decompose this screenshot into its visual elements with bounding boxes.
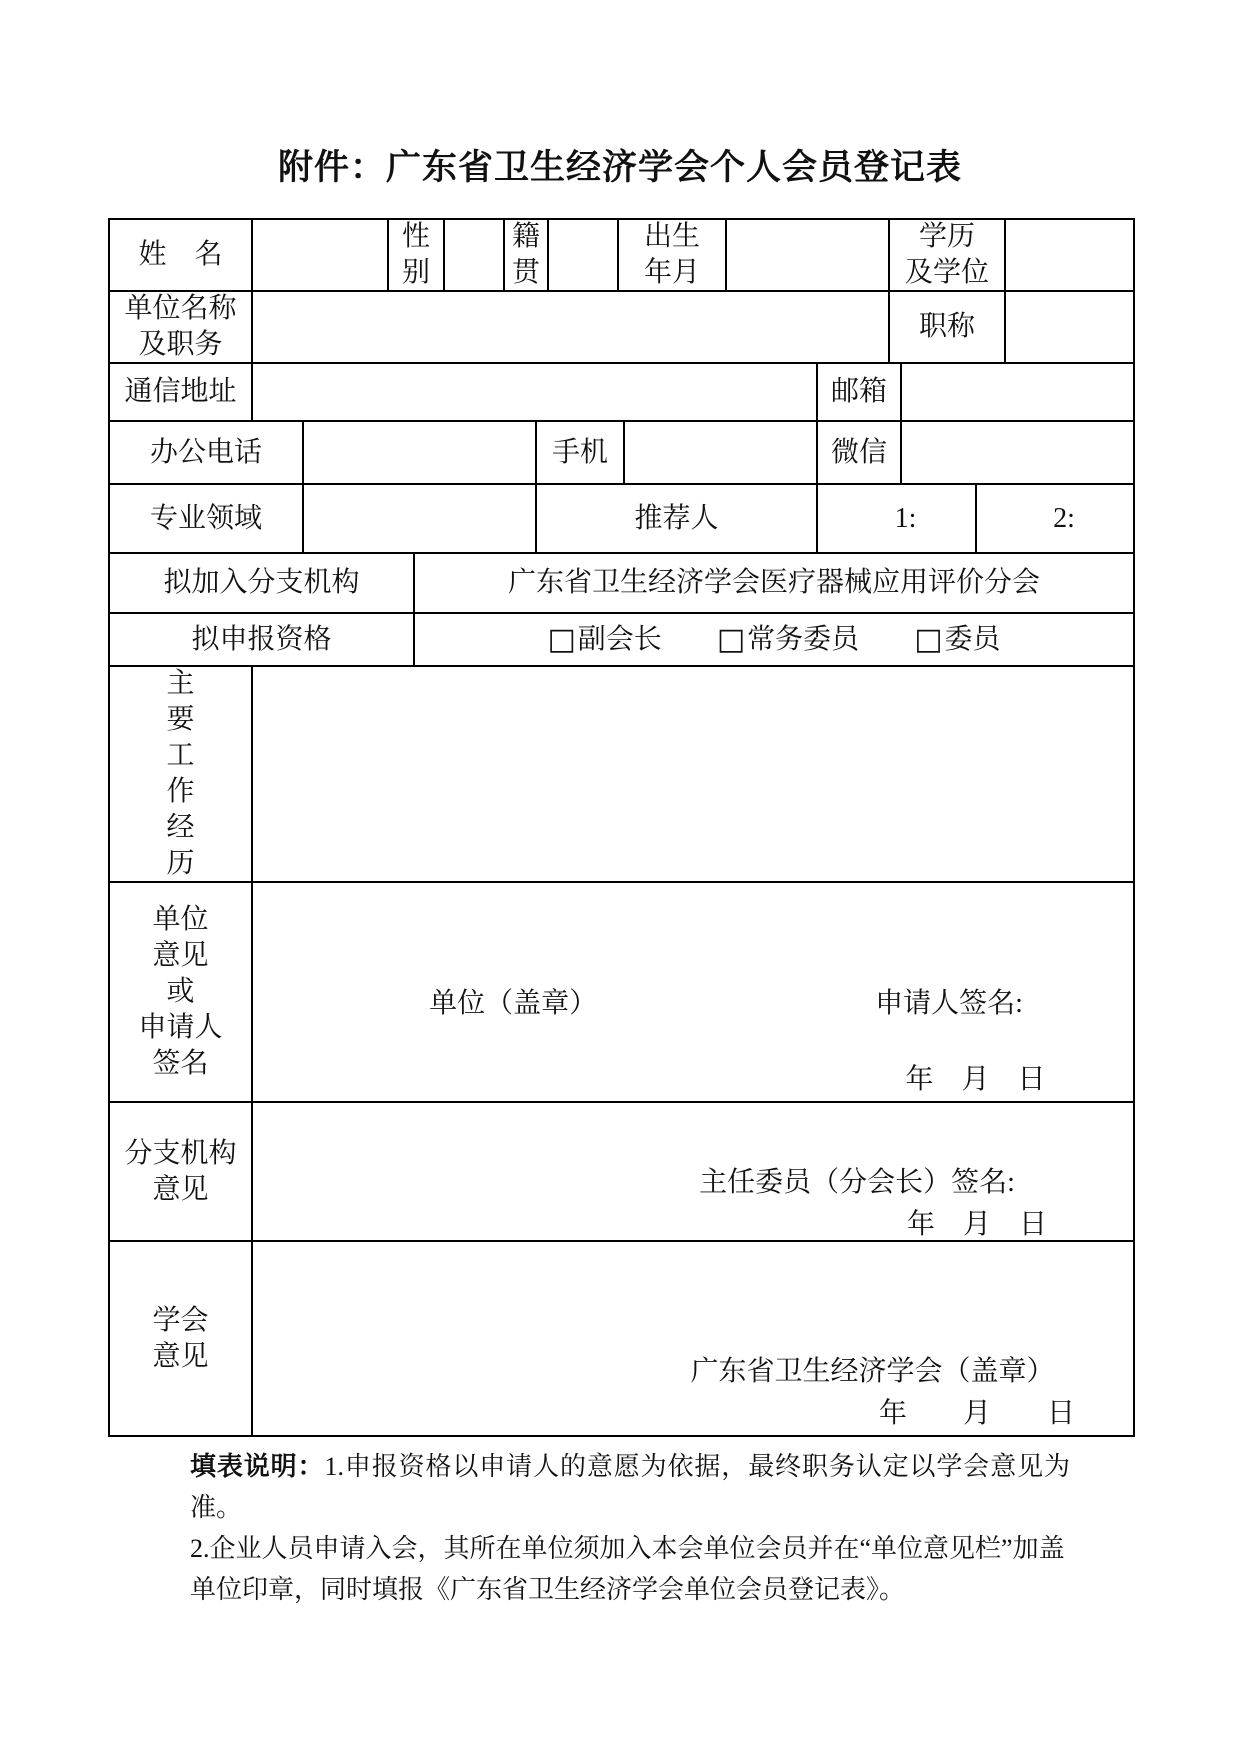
address-input-cell[interactable]: [253, 364, 818, 422]
row-address: 通信地址 邮箱: [110, 364, 1133, 422]
qualification-option-label: 副会长: [578, 622, 662, 658]
qualification-option-label: 常务委员: [747, 622, 859, 658]
qualification-option-label: 委员: [945, 622, 1001, 658]
native-place-label: 籍 贯: [505, 220, 549, 292]
checkbox-icon[interactable]: □: [914, 625, 942, 655]
checkbox-icon[interactable]: □: [547, 625, 575, 655]
unit-opinion-content[interactable]: 单位（盖章） 申请人签名: 年 月 日: [253, 883, 1133, 1103]
mobile-input-cell[interactable]: [625, 422, 818, 485]
birth-date-input-cell[interactable]: [727, 220, 890, 292]
branch-opinion-date: 年 月 日: [907, 1207, 1047, 1243]
branch-opinion-label: 分支机构 意见: [110, 1103, 253, 1242]
gender-input-cell[interactable]: [445, 220, 505, 292]
unit-name-input-cell[interactable]: [253, 292, 890, 364]
branch-value: 广东省卫生经济学会医疗器械应用评价分会: [415, 554, 1133, 614]
unit-opinion-date: 年 月 日: [905, 1062, 1045, 1098]
wechat-label: 微信: [818, 422, 902, 485]
qualification-option-vice-president[interactable]: □ 副会长: [547, 622, 661, 658]
document-page: 附件：广东省卫生经济学会个人会员登记表 姓 名 性 别 籍 贯 出生 年月 学历…: [0, 0, 1240, 1754]
work-history-label: 主 要 工 作 经 历: [110, 667, 253, 883]
society-opinion-content[interactable]: 广东省卫生经济学会（盖章） 年 月 日: [253, 1242, 1133, 1435]
wechat-input-cell[interactable]: [902, 422, 1133, 485]
row-basic-info: 姓 名 性 别 籍 贯 出生 年月 学历 及学位: [110, 220, 1133, 292]
professional-field-label: 专业领域: [110, 485, 304, 554]
unit-seal-line: 单位（盖章） 申请人签名:: [363, 986, 1023, 1022]
row-field-referrer: 专业领域 推荐人 1: 2:: [110, 485, 1133, 554]
job-title-label: 职称: [890, 292, 1006, 364]
unit-name-label: 单位名称 及职务: [110, 292, 253, 364]
chair-signature-text: 主任委员（分会长）签名:: [699, 1165, 1015, 1201]
note-2: 2.企业人员申请入会，其所在单位须加入本会单位会员并在“单位意见栏”加盖 单位印…: [190, 1528, 1070, 1610]
gender-label: 性 别: [389, 220, 445, 292]
checkbox-icon[interactable]: □: [717, 625, 745, 655]
name-input-cell[interactable]: [253, 220, 389, 292]
row-unit: 单位名称 及职务 职称: [110, 292, 1133, 364]
referrer-label: 推荐人: [537, 485, 818, 554]
address-label: 通信地址: [110, 364, 253, 422]
member-registration-table: 姓 名 性 别 籍 贯 出生 年月 学历 及学位 单位名称 及职务 职称 通信地…: [108, 218, 1135, 1437]
row-unit-opinion: 单位 意见 或 申请人 签名 单位（盖章） 申请人签名: 年 月 日: [110, 883, 1133, 1103]
professional-field-input-cell[interactable]: [304, 485, 537, 554]
office-phone-label: 办公电话: [110, 422, 304, 485]
native-place-input-cell[interactable]: [549, 220, 619, 292]
mobile-label: 手机: [537, 422, 625, 485]
unit-seal-text: 单位（盖章）: [429, 986, 597, 1022]
row-qualification: 拟申报资格 □ 副会长 □ 常务委员 □ 委员: [110, 614, 1133, 667]
education-input-cell[interactable]: [1006, 220, 1133, 292]
row-work-history: 主 要 工 作 经 历: [110, 667, 1133, 883]
referrer1-input-cell[interactable]: 1:: [818, 485, 977, 554]
birth-date-label: 出生 年月: [619, 220, 727, 292]
qualification-label: 拟申报资格: [110, 614, 415, 667]
email-input-cell[interactable]: [902, 364, 1133, 422]
branch-opinion-content[interactable]: 主任委员（分会长）签名: 年 月 日: [253, 1103, 1133, 1242]
qualification-options-cell: □ 副会长 □ 常务委员 □ 委员: [415, 614, 1133, 667]
society-opinion-date: 年 月 日: [879, 1396, 1075, 1432]
society-opinion-label: 学会 意见: [110, 1242, 253, 1435]
job-title-input-cell[interactable]: [1006, 292, 1133, 364]
qualification-option-standing-member[interactable]: □ 常务委员: [717, 622, 859, 658]
row-branch: 拟加入分支机构 广东省卫生经济学会医疗器械应用评价分会: [110, 554, 1133, 614]
row-phones: 办公电话 手机 微信: [110, 422, 1133, 485]
form-notes: 填表说明：1.申报资格以申请人的意愿为依据，最终职务认定以学会意见为准。 2.企…: [190, 1446, 1070, 1610]
row-branch-opinion: 分支机构 意见 主任委员（分会长）签名: 年 月 日: [110, 1103, 1133, 1242]
email-label: 邮箱: [818, 364, 902, 422]
qualification-options: □ 副会长 □ 常务委员 □ 委员: [415, 622, 1133, 658]
row-society-opinion: 学会 意见 广东省卫生经济学会（盖章） 年 月 日: [110, 1242, 1133, 1435]
society-seal-text: 广东省卫生经济学会（盖章）: [690, 1354, 1054, 1390]
notes-heading: 填表说明：: [190, 1452, 324, 1481]
referrer2-input-cell[interactable]: 2:: [977, 485, 1133, 554]
applicant-signature-text: 申请人签名:: [875, 986, 1023, 1022]
branch-label: 拟加入分支机构: [110, 554, 415, 614]
education-label: 学历 及学位: [890, 220, 1006, 292]
unit-opinion-label: 单位 意见 或 申请人 签名: [110, 883, 253, 1103]
qualification-option-member[interactable]: □ 委员: [914, 622, 1000, 658]
name-label: 姓 名: [110, 220, 253, 292]
page-title: 附件：广东省卫生经济学会个人会员登记表: [0, 140, 1240, 190]
office-phone-input-cell[interactable]: [304, 422, 537, 485]
work-history-input-cell[interactable]: [253, 667, 1133, 883]
